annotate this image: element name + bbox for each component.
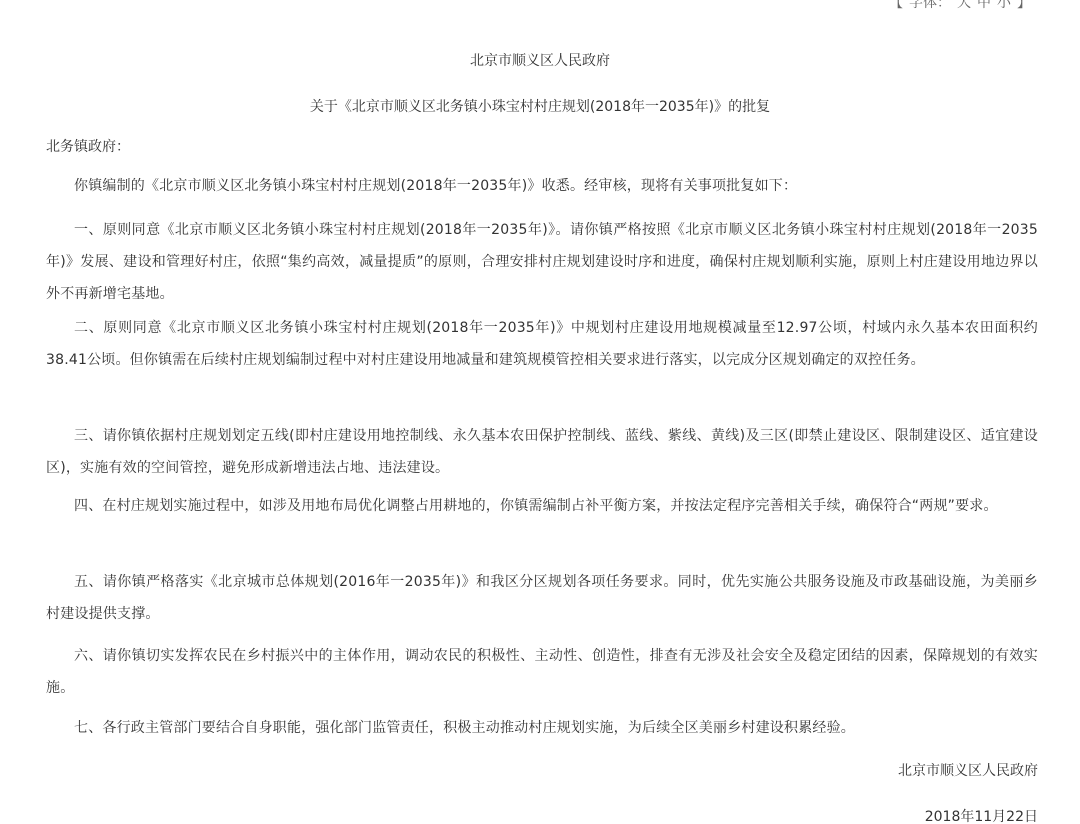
paragraph-item-2: 二、原则同意《北京市顺义区北务镇小珠宝村村庄规划(2018年一2035年)》中规… [46, 312, 1038, 376]
paragraph-item-1: 一、原则同意《北京市顺义区北务镇小珠宝村村庄规划(2018年一2035年)》。请… [46, 214, 1038, 310]
font-size-small[interactable]: 小 [997, 0, 1011, 11]
paragraph-item-7: 七、各行政主管部门要结合自身职能，强化部门监管责任，积极主动推动村庄规划实施，为… [46, 712, 1038, 744]
salutation: 北务镇政府： [46, 136, 130, 156]
font-size-label: 字体： [909, 0, 951, 11]
signature-issuer: 北京市顺义区人民政府 [898, 760, 1038, 780]
document-issuer-heading: 北京市顺义区人民政府 [0, 50, 1080, 70]
signature-date: 2018年11月22日 [925, 806, 1038, 824]
font-size-medium[interactable]: 中 [977, 0, 991, 11]
paragraph-item-4: 四、在村庄规划实施过程中，如涉及用地布局优化调整占用耕地的，你镇需编制占补平衡方… [46, 490, 1038, 522]
paragraph-intro: 你镇编制的《北京市顺义区北务镇小珠宝村村庄规划(2018年一2035年)》收悉。… [46, 170, 1038, 202]
bracket-open: 【 [889, 0, 903, 11]
bracket-close: 】 [1017, 0, 1031, 11]
font-size-selector: 【字体：大中小】 [886, 0, 1034, 12]
paragraph-item-6: 六、请你镇切实发挥农民在乡村振兴中的主体作用，调动农民的积极性、主动性、创造性，… [46, 640, 1038, 704]
document-title: 关于《北京市顺义区北务镇小珠宝村村庄规划(2018年一2035年)》的批复 [0, 96, 1080, 116]
paragraph-item-5: 五、请你镇严格落实《北京城市总体规划(2016年一2035年)》和我区分区规划各… [46, 566, 1038, 630]
paragraph-item-3: 三、请你镇依据村庄规划划定五线(即村庄建设用地控制线、永久基本农田保护控制线、蓝… [46, 420, 1038, 484]
font-size-large[interactable]: 大 [957, 0, 971, 11]
